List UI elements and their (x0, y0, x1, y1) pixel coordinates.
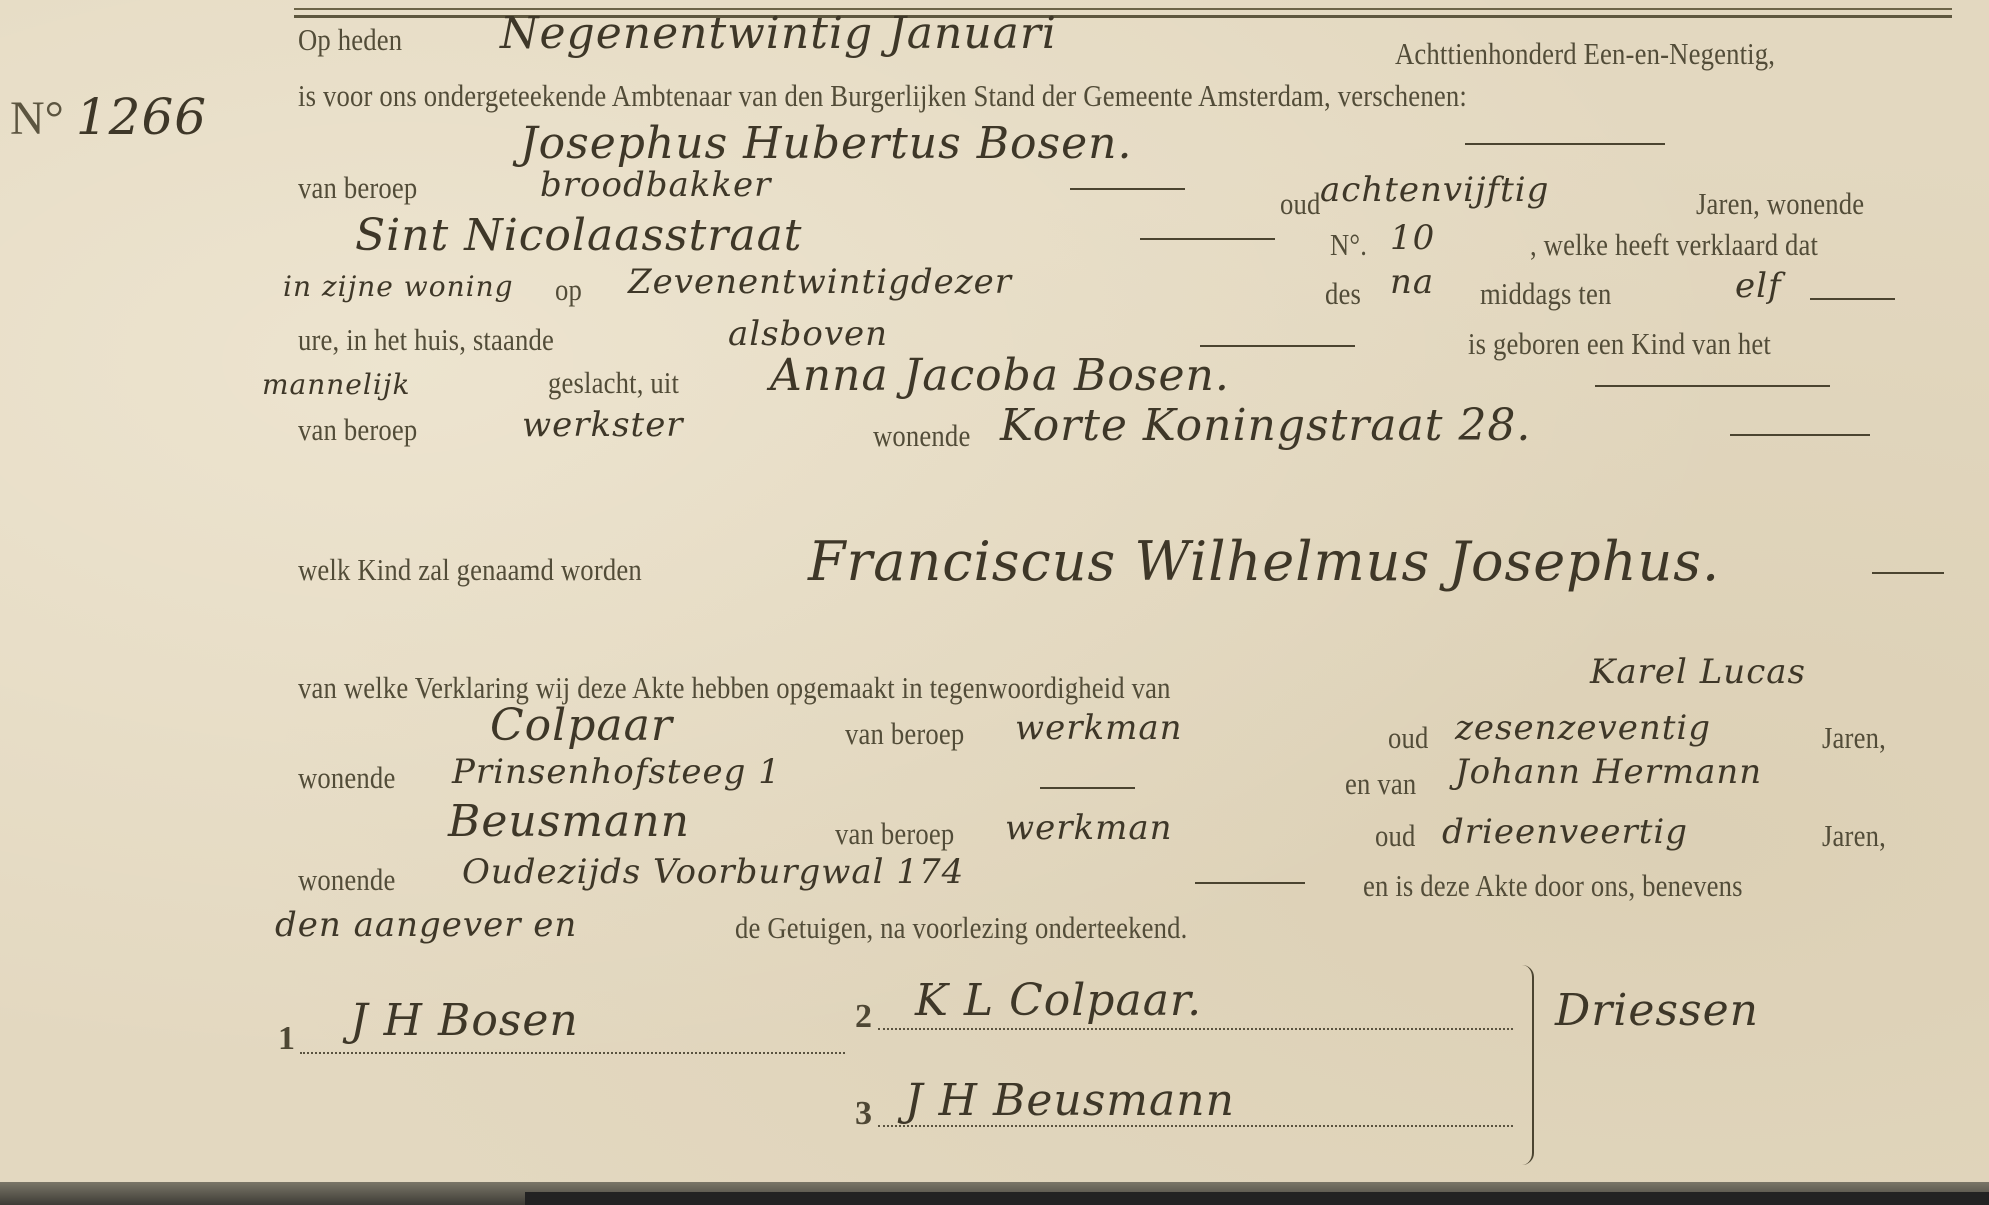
print-des: des (1325, 276, 1361, 312)
hand-witness1-age: zesenzeventig (1455, 708, 1711, 748)
print-oud-w2: oud (1375, 818, 1416, 854)
hand-mother-name: Anna Jacoba Bosen. (770, 350, 1230, 401)
hand-witness1-first: Karel Lucas (1590, 652, 1806, 692)
signature-2: K L Colpaar. (915, 975, 1202, 1026)
signature-number-2: 2 (855, 998, 872, 1036)
hand-child-name: Franciscus Wilhelmus Josephus. (808, 530, 1720, 593)
print-jaren-wonende: Jaren, wonende (1696, 186, 1864, 222)
register-number-value: 1266 (76, 88, 207, 146)
print-getuigen-onderteekend: de Getuigen, na voorlezing onderteekend. (735, 910, 1188, 946)
print-en-van: en van (1345, 766, 1416, 802)
fill-dash (1595, 385, 1830, 387)
hand-witness1-surname: Colpaar (490, 700, 673, 751)
hand-mother-address: Korte Koningstraat 28. (1000, 400, 1531, 451)
signature-1: J H Bosen (350, 995, 579, 1046)
register-number-label: N° (10, 92, 64, 145)
official-signature: Driessen (1555, 985, 1759, 1036)
hand-father-name: Josephus Hubertus Bosen. (520, 118, 1132, 169)
fill-dash (1195, 882, 1305, 884)
print-op: op (555, 272, 582, 308)
hand-witness2-surname: Beusmann (448, 796, 690, 847)
print-is-geboren: is geboren een Kind van het (1468, 326, 1771, 362)
print-welke-heeft-verklaard: , welke heeft verklaard dat (1530, 227, 1818, 263)
fill-dash (1140, 238, 1275, 240)
hand-father-age: achtenvijftig (1320, 170, 1549, 210)
fill-dash (1465, 143, 1665, 145)
print-wonende-w1: wonende (298, 760, 395, 796)
signature-number-3: 3 (855, 1095, 872, 1133)
hand-witness2-address: Oudezijds Voorburgwal 174 (462, 852, 964, 892)
hand-na: na (1390, 262, 1434, 302)
print-no: N°. (1330, 227, 1367, 263)
fill-dash (1872, 572, 1944, 574)
signature-line-2 (878, 1028, 1513, 1030)
hand-witness1-occupation: werkman (1015, 708, 1183, 748)
book-binding-edge (525, 1192, 1989, 1205)
print-verklaring: van welke Verklaring wij deze Akte hebbe… (298, 670, 1171, 706)
print-ure-in-het-huis: ure, in het huis, staande (298, 322, 554, 358)
register-number: N° 1266 (10, 88, 207, 146)
hand-witness2-occupation: werkman (1005, 808, 1173, 848)
hand-witness1-address: Prinsenhofsteeg 1 (452, 752, 781, 792)
hand-hour: elf (1735, 266, 1782, 306)
hand-house-number: 10 (1390, 218, 1435, 258)
signature-line-1 (300, 1052, 845, 1054)
hand-den-aangever: den aangever en (275, 905, 577, 945)
print-oud: oud (1280, 186, 1321, 222)
hand-date: Negenentwintig Januari (500, 8, 1057, 59)
fill-dash (1200, 345, 1355, 347)
print-welk-kind: welk Kind zal genaamd worden (298, 552, 642, 588)
hand-address-same: alsboven (728, 314, 888, 354)
print-van-beroep-w2: van beroep (835, 816, 954, 852)
signature-number-1: 1 (278, 1020, 295, 1058)
fill-dash (1730, 434, 1870, 436)
hand-witness2-age: drieenveertig (1442, 812, 1688, 852)
fill-dash (1040, 787, 1135, 789)
hand-birth-date: Zevenentwintigdezer (628, 262, 1012, 302)
print-wonende-w2: wonende (298, 862, 395, 898)
hand-birth-place: in zijne woning (283, 270, 514, 303)
print-jaren-w2: Jaren, (1822, 818, 1886, 854)
print-declaration-intro: is voor ons ondergeteekende Ambtenaar va… (298, 78, 1467, 114)
print-van-beroep-w1: van beroep (845, 716, 964, 752)
print-op-heden: Op heden (298, 22, 402, 58)
fill-dash (1810, 298, 1895, 300)
hand-witness2-first: Johann Hermann (1455, 752, 1762, 792)
print-van-beroep-mother: van beroep (298, 412, 417, 448)
print-year: Achttienhonderd Een-en-Negentig, (1395, 36, 1775, 72)
print-en-is-deze-akte: en is deze Akte door ons, benevens (1363, 868, 1743, 904)
hand-sex: mannelijk (262, 368, 410, 401)
fill-dash (1070, 188, 1185, 190)
signature-brace (1522, 965, 1534, 1165)
hand-father-occupation: broodbakker (540, 165, 771, 205)
print-jaren-w1: Jaren, (1822, 720, 1886, 756)
print-geslacht-uit: geslacht, uit (548, 365, 679, 401)
signature-3: J H Beusmann (905, 1075, 1235, 1126)
hand-mother-occupation: werkster (522, 405, 684, 445)
print-oud-w1: oud (1388, 720, 1429, 756)
hand-father-street: Sint Nicolaasstraat (355, 210, 802, 261)
print-wonende-mother: wonende (873, 418, 970, 454)
print-van-beroep: van beroep (298, 170, 417, 206)
print-middags-ten: middags ten (1480, 276, 1611, 312)
